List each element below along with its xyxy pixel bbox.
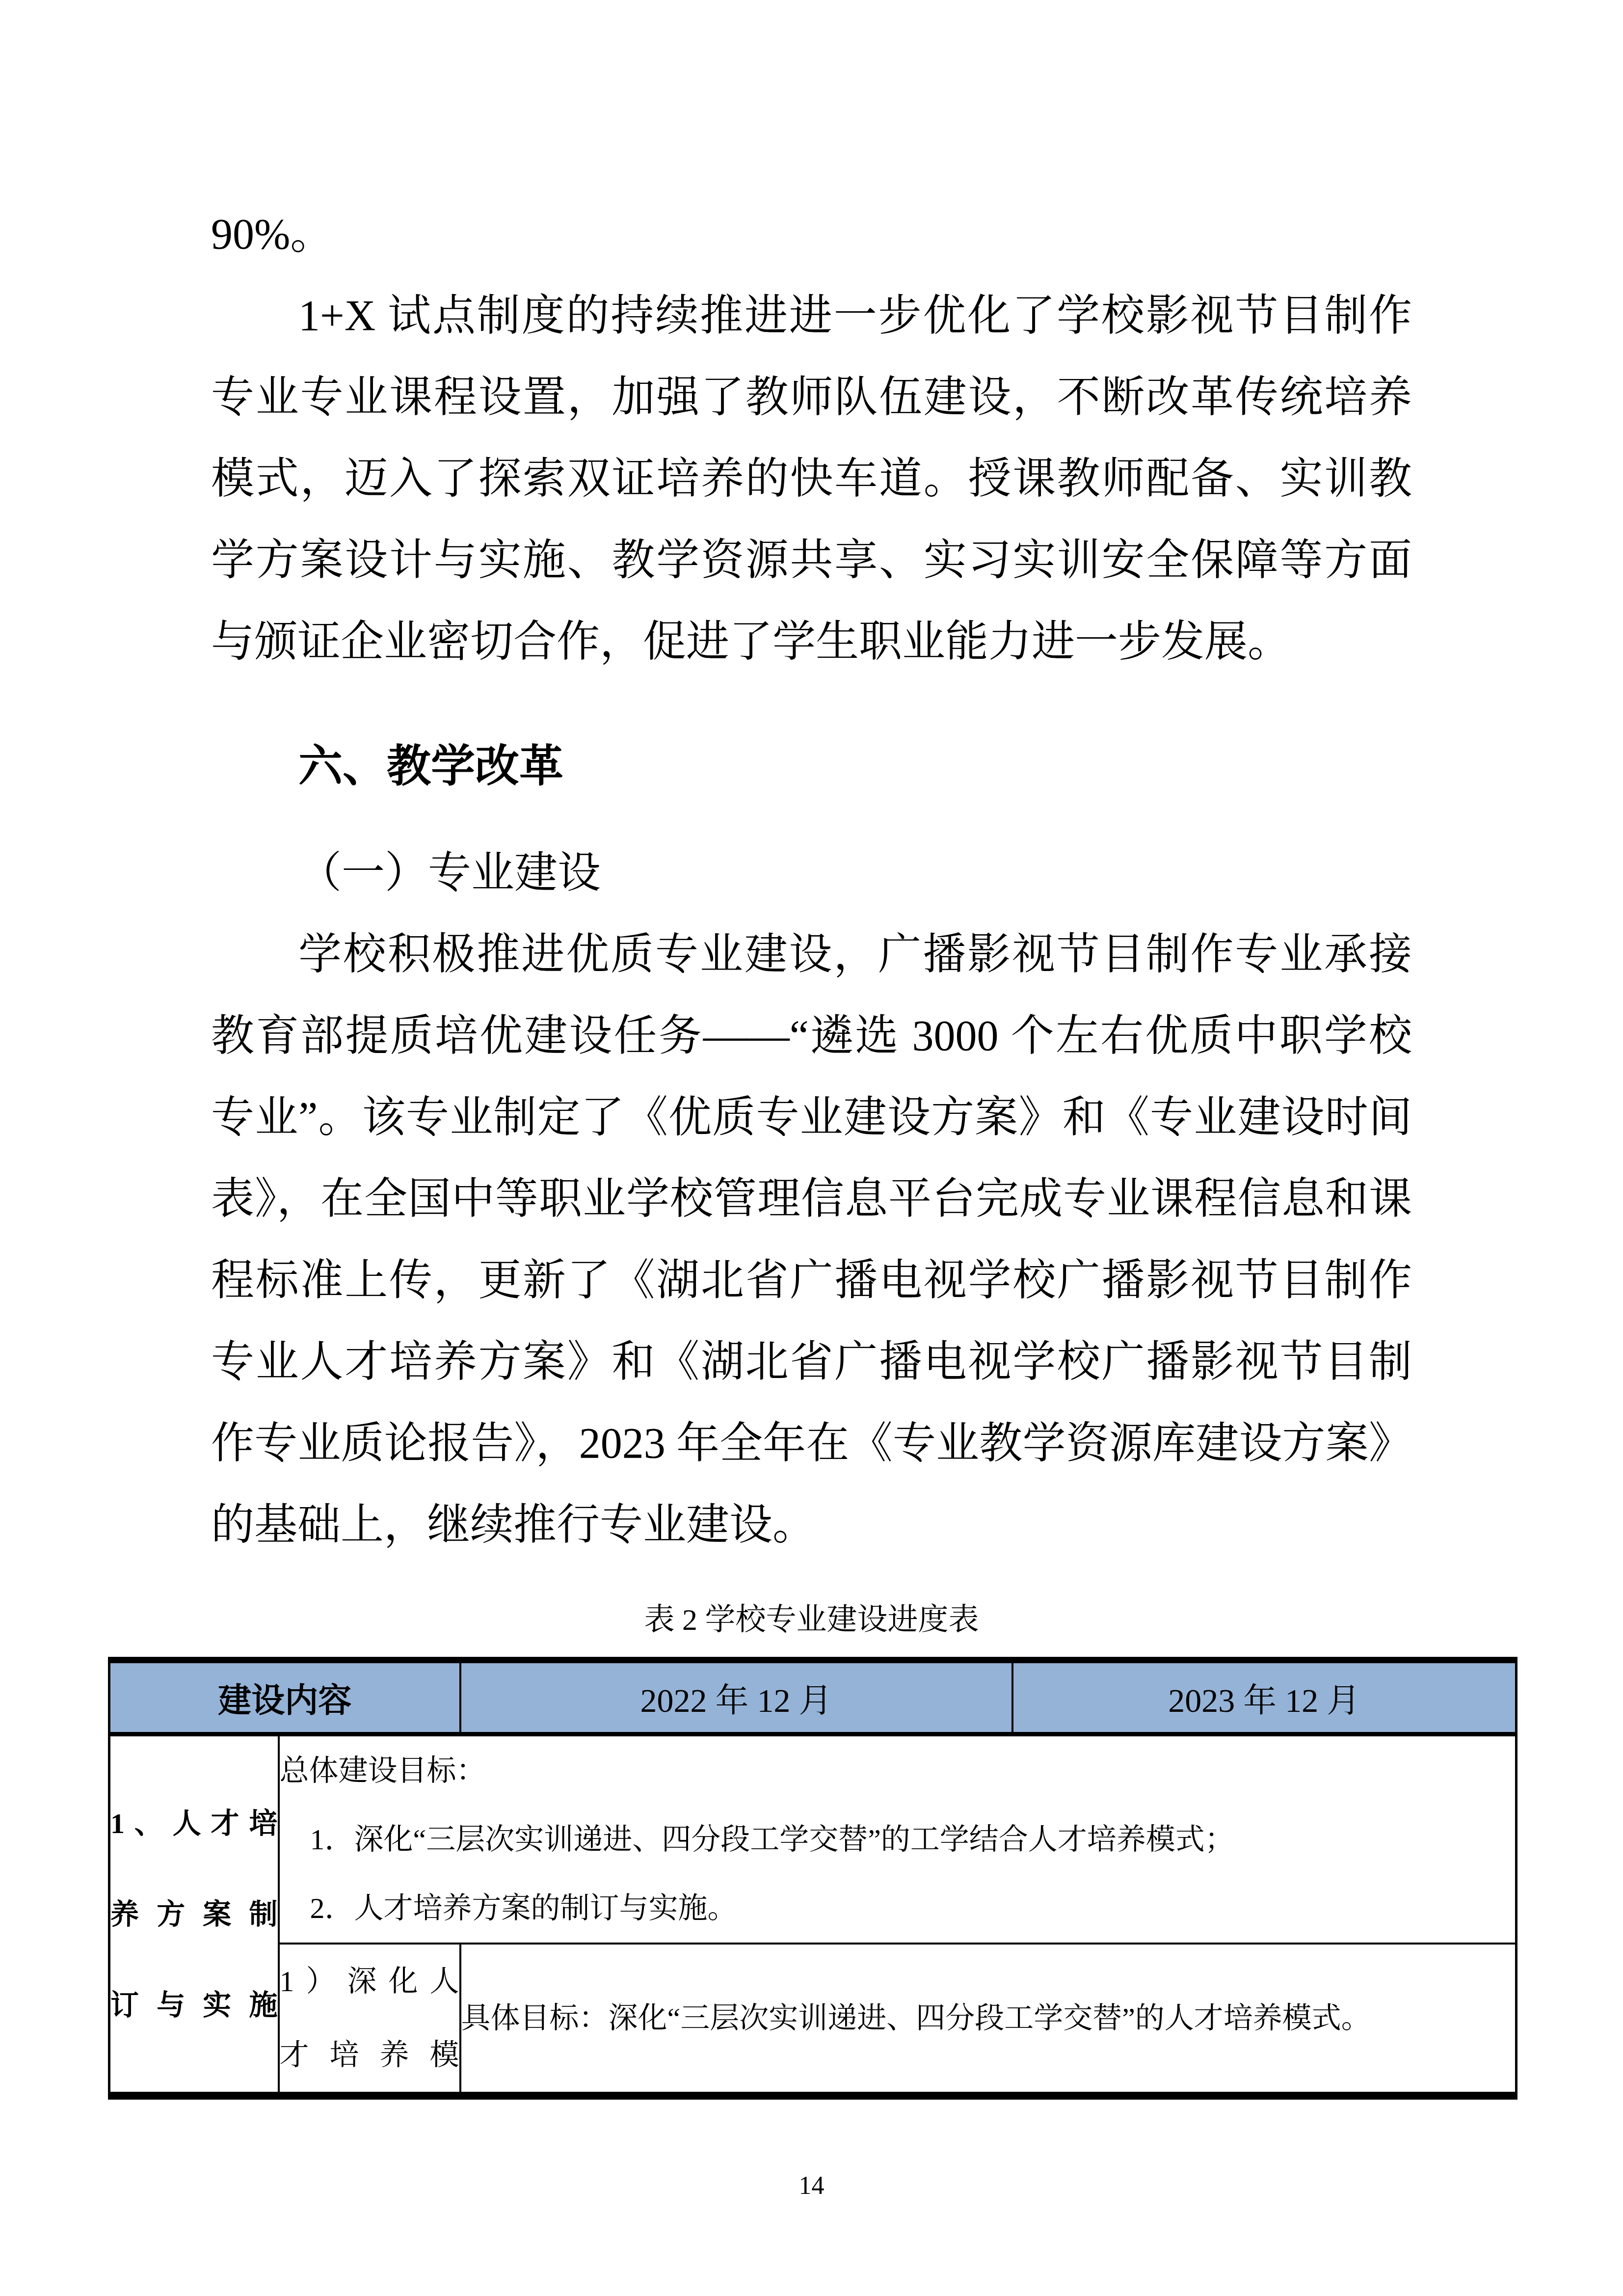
table-row-overall-goal: 1、人才培 养方案制 订与实施 总体建设目标： 1．深化“三层次实训递进、四分段… [109,1734,1517,1944]
text-block: 90%。 1+X 试点制度的持续推进进一步优化了学校影视节目制作专业专业课程设置… [0,0,1623,1637]
table-header-row: 建设内容 2022 年 12 月 2023 年 12 月 [109,1660,1517,1734]
header-cell-2023-12: 2023 年 12 月 [1012,1660,1517,1734]
overall-goal-item-2: 2．人才培养方案的制订与实施。 [280,1874,1516,1943]
intro-line: 90%。 [211,194,1412,275]
sub-label-line: 1）深化人 [280,1945,459,2018]
specific-goal-cell: 具体目标：深化“三层次实训递进、四分段工学交替”的人才培养模式。 [460,1944,1517,2096]
overall-goal-item-1: 1．深化“三层次实训递进、四分段工学交替”的工学结合人才培养模式； [280,1805,1516,1874]
document-page: 90%。 1+X 试点制度的持续推进进一步优化了学校影视节目制作专业专业课程设置… [0,0,1623,2296]
paragraph-1x-pilot: 1+X 试点制度的持续推进进一步优化了学校影视节目制作专业专业课程设置，加强了教… [211,275,1412,683]
row-label-line: 1、人才培 [110,1778,278,1869]
table-caption: 表 2 学校专业建设进度表 [211,1603,1412,1637]
sub-label-cell: 1）深化人 才培养模 [279,1944,460,2096]
row-label-line: 订与实施 [110,1960,278,2051]
row-label-line: 养方案制 [110,1869,278,1960]
overall-goal-title: 总体建设目标： [280,1736,1516,1805]
header-cell-construction-content: 建设内容 [109,1660,460,1734]
paragraph-major-construction: 学校积极推进优质专业建设，广播影视节目制作专业承接教育部提质培优建设任务——“遴… [211,914,1412,1566]
table-row-specific-goal: 1）深化人 才培养模 具体目标：深化“三层次实训递进、四分段工学交替”的人才培养… [109,1944,1517,2096]
header-cell-2022-12: 2022 年 12 月 [460,1660,1012,1734]
page-number: 14 [0,2171,1623,2200]
table-wrapper: 建设内容 2022 年 12 月 2023 年 12 月 1、人才培 养方案制 … [108,1657,1515,2100]
progress-table: 建设内容 2022 年 12 月 2023 年 12 月 1、人才培 养方案制 … [108,1657,1517,2100]
row-label-talent-training: 1、人才培 养方案制 订与实施 [109,1734,279,2096]
sub-label-line: 才培养模 [280,2018,459,2092]
section-heading-teaching-reform: 六、教学改革 [211,725,1412,808]
overall-goal-cell: 总体建设目标： 1．深化“三层次实训递进、四分段工学交替”的工学结合人才培养模式… [279,1734,1517,1944]
subsection-heading-major-construction: （一）专业建设 [211,833,1412,914]
